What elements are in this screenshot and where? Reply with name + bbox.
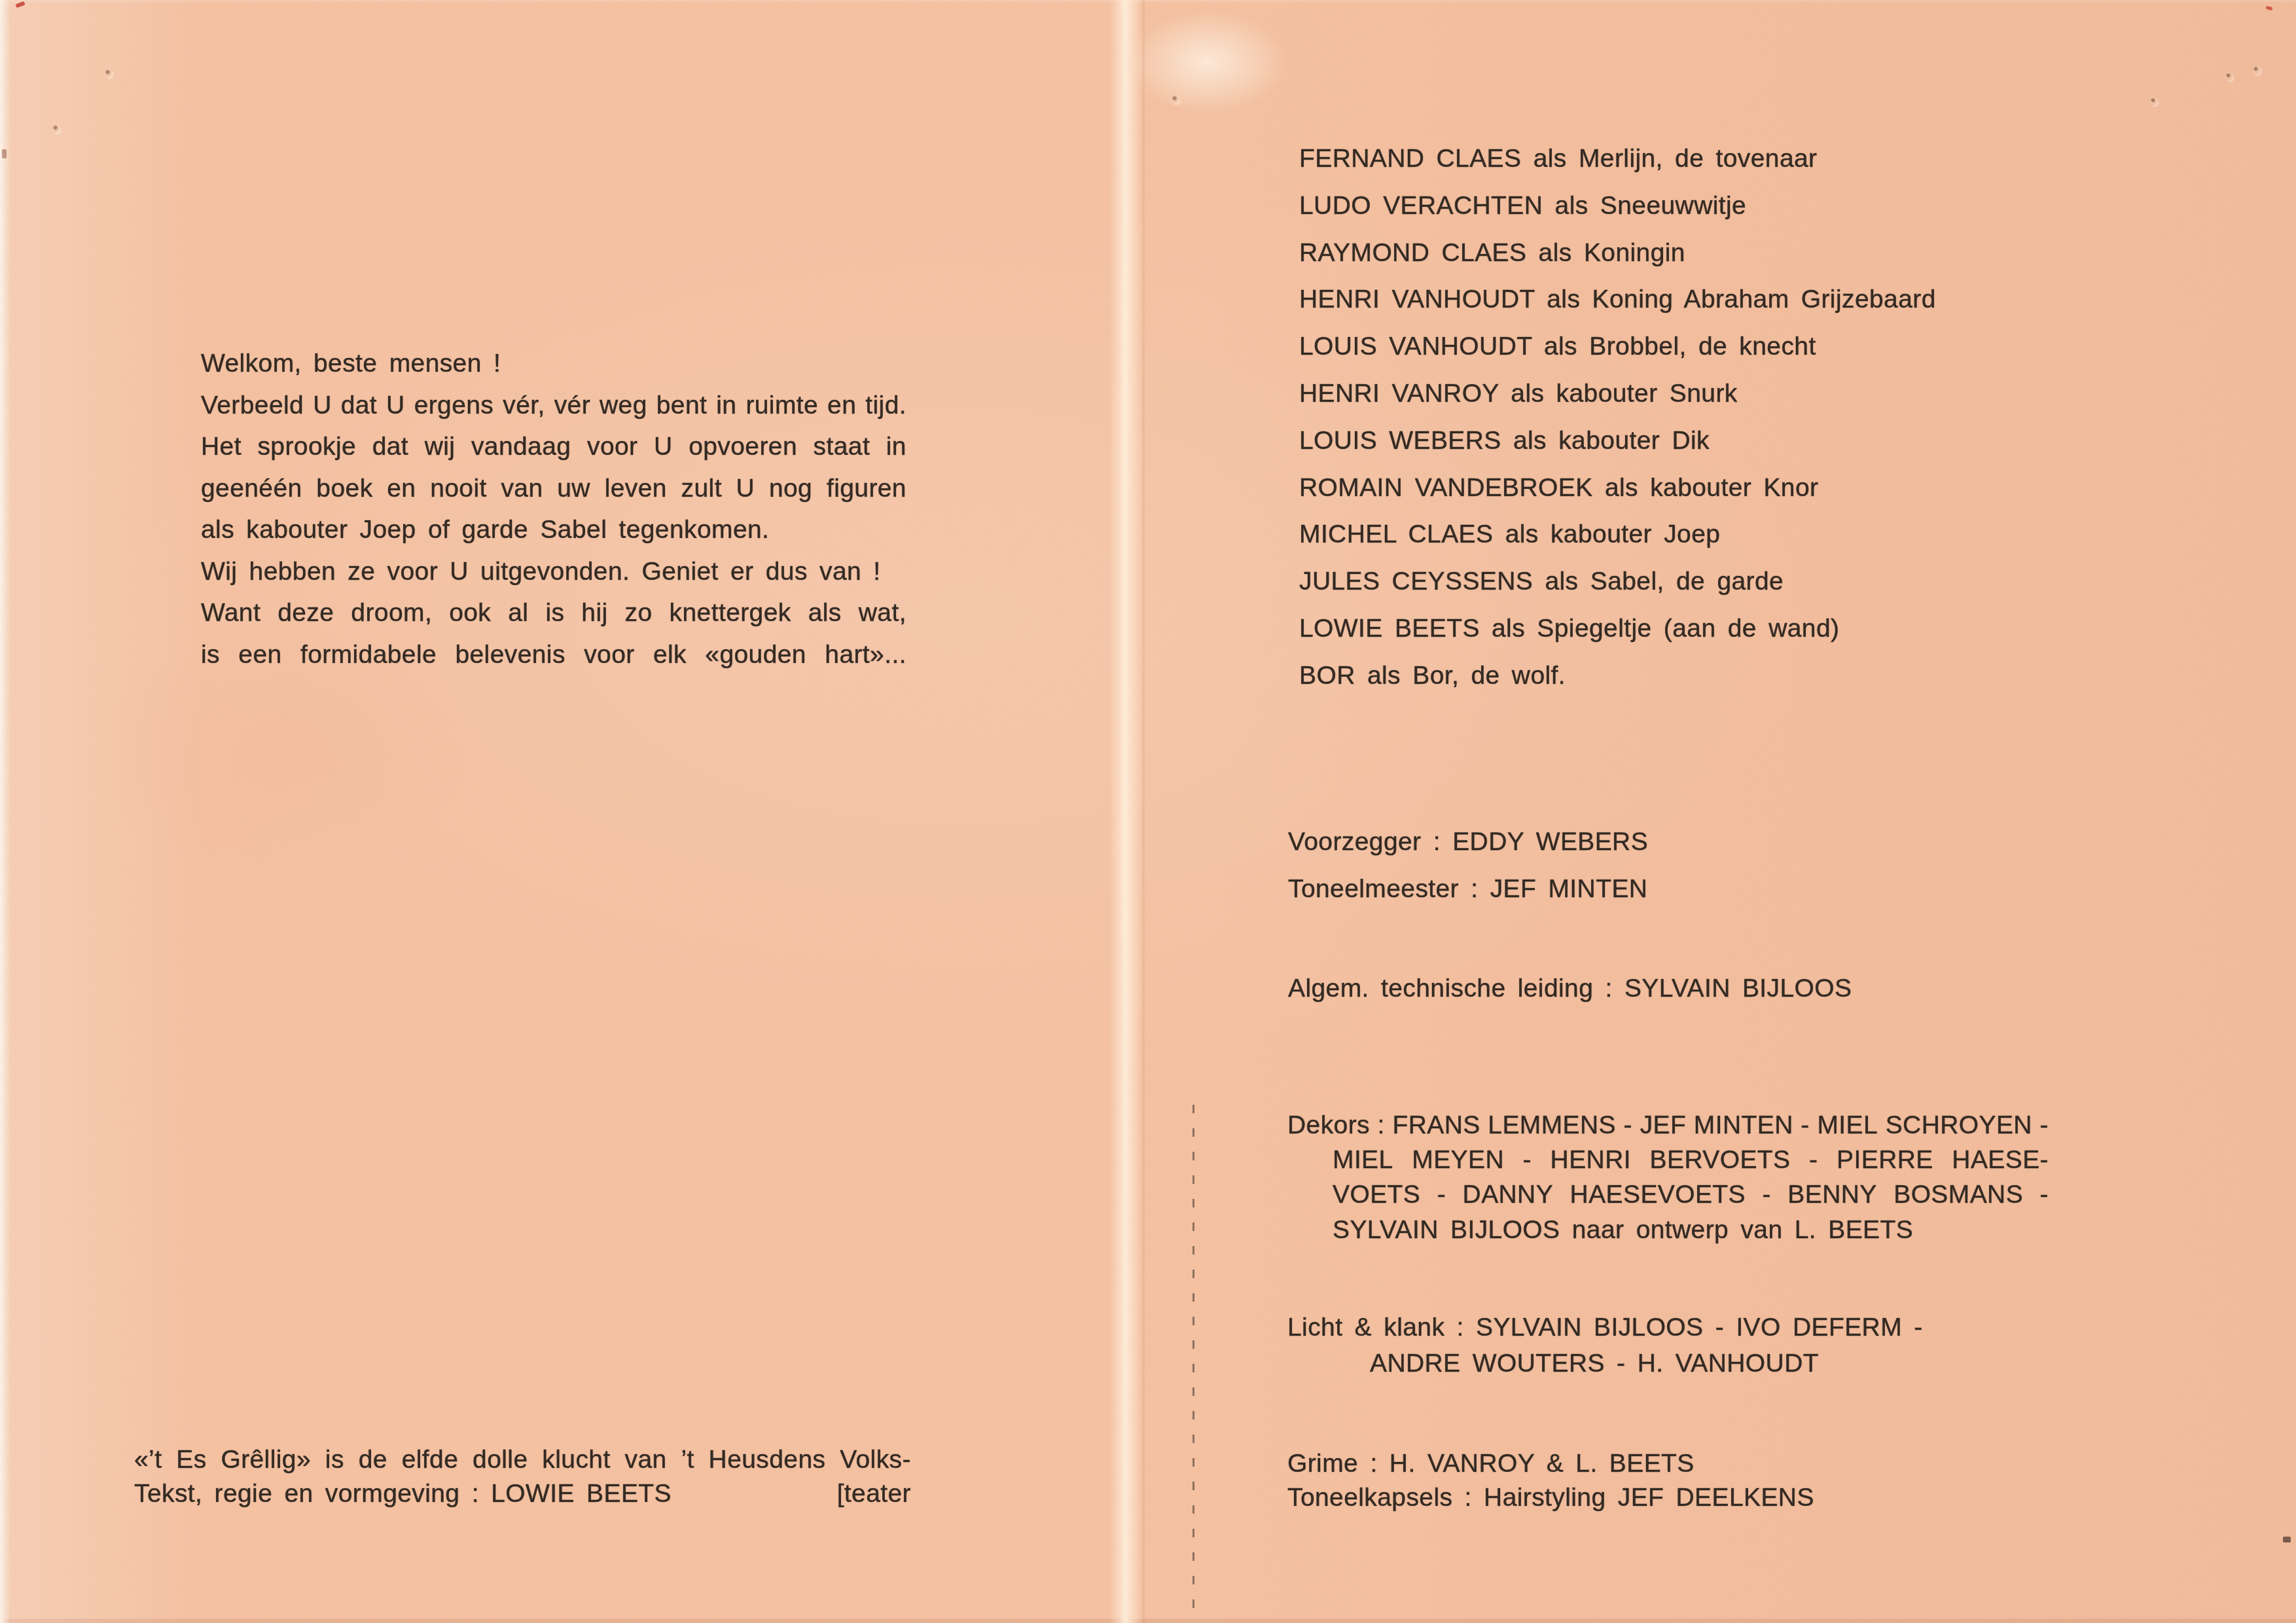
paper-grain-texture bbox=[0, 0, 2296, 1623]
center-fold-crease bbox=[1109, 0, 1143, 1623]
voorzegger-credit: Voorzegger : EDDY WEBERS bbox=[1288, 826, 1648, 859]
intro-line: Wij hebben ze voor U uitgevonden. Geniet… bbox=[201, 551, 906, 593]
cast-line: LOUIS WEBERS als kabouter Dik bbox=[1299, 418, 1936, 465]
welcome-paragraph: Welkom, beste mensen ! VerbeeldUdatUerge… bbox=[201, 343, 906, 675]
intro-line: VerbeeldUdatUergensvér,vérwegbentinruimt… bbox=[201, 385, 906, 427]
cast-line: MICHEL CLAES als kabouter Joep bbox=[1299, 511, 1936, 558]
edge-mark bbox=[2, 149, 7, 158]
intro-line: als kabouter Joep of garde Sabel tegenko… bbox=[201, 509, 906, 551]
technische-leiding-credit: Algem. technische leiding : SYLVAIN BIJL… bbox=[1288, 972, 1852, 1005]
cast-line: RAYMOND CLAES als Koningin bbox=[1299, 230, 1936, 277]
cast-line: JULES CEYSSENS als Sabel, de garde bbox=[1299, 558, 1936, 605]
intro-line: Wantdezedroom,ookalishijzoknettergekalsw… bbox=[201, 592, 906, 634]
toneelkapsels-credit: Toneelkapsels : Hairstyling JEF DEELKENS bbox=[1287, 1482, 1814, 1514]
intro-line: Welkom, beste mensen ! bbox=[201, 343, 906, 385]
cast-line: LOWIE BEETS als Spiegeltje (aan de wand) bbox=[1299, 605, 1936, 652]
footer-credits-text: Tekst, regie en vormgeving : LOWIE BEETS bbox=[134, 1477, 672, 1511]
dekors-line: SYLVAIN BIJLOOS naar ontwerp van L. BEET… bbox=[1333, 1214, 1913, 1247]
corner-mark bbox=[2283, 1537, 2291, 1543]
pinhole bbox=[52, 124, 60, 133]
intro-line: iseenformidabelebelevenisvoorelk«goudenh… bbox=[201, 634, 906, 676]
footer-credits: «’tEsGrêllig»isdeelfdedollekluchtvan’tHe… bbox=[134, 1443, 911, 1511]
intro-line: geenéénboekennooitvanuwlevenzultUnogfigu… bbox=[201, 468, 906, 510]
cast-line: HENRI VANROY als kabouter Snurk bbox=[1299, 370, 1936, 418]
cast-line: LOUIS VANHOUDT als Brobbel, de knecht bbox=[1299, 323, 1936, 370]
cast-line: FERNAND CLAES als Merlijn, de tovenaar bbox=[1299, 135, 1936, 183]
red-speck bbox=[2266, 6, 2273, 10]
licht-klank-line: ANDRE WOUTERS - H. VANHOUDT bbox=[1370, 1347, 1819, 1380]
cast-line: ROMAIN VANDEBROEK als kabouter Knor bbox=[1299, 465, 1936, 512]
dekors-line: MIELMEYEN-HENRIBERVOETS-PIERREHAESE- bbox=[1333, 1144, 2049, 1177]
cast-line: BOR als Bor, de wolf. bbox=[1299, 652, 1936, 700]
grime-credit: Grime : H. VANROY & L. BEETS bbox=[1287, 1448, 1695, 1480]
fold-shadow bbox=[1142, 0, 1145, 1623]
cast-line: HENRI VANHOUDT als Koning Abraham Grijze… bbox=[1299, 276, 1936, 323]
footer-teater-text: [teater bbox=[837, 1477, 911, 1511]
dekors-line: Dekors:FRANSLEMMENS-JEFMINTEN-MIELSCHROY… bbox=[1287, 1109, 2049, 1142]
licht-klank-line: Licht & klank : SYLVAIN BIJLOOS - IVO DE… bbox=[1287, 1311, 1923, 1344]
cast-list: FERNAND CLAES als Merlijn, de tovenaar L… bbox=[1299, 135, 1936, 700]
footer-line-1: «’tEsGrêllig»isdeelfdedollekluchtvan’tHe… bbox=[134, 1443, 911, 1477]
red-speck bbox=[15, 1, 25, 8]
intro-line: HetsprookjedatwijvandaagvoorUopvoerensta… bbox=[201, 426, 906, 468]
cast-line: LUDO VERACHTEN als Sneeuwwitje bbox=[1299, 183, 1936, 230]
pinhole bbox=[2225, 72, 2233, 80]
footer-line-2: Tekst, regie en vormgeving : LOWIE BEETS… bbox=[134, 1477, 911, 1511]
pinhole bbox=[105, 69, 112, 77]
bottom-crease-line bbox=[1193, 1105, 1194, 1623]
dekors-line: VOETS-DANNYHAESEVOETS-BENNYBOSMANS- bbox=[1333, 1179, 2049, 1211]
pinhole bbox=[2150, 97, 2157, 105]
programme-scan: Welkom, beste mensen ! VerbeeldUdatUerge… bbox=[0, 0, 2296, 1623]
pinhole bbox=[2253, 65, 2260, 74]
toneelmeester-credit: Toneelmeester : JEF MINTEN bbox=[1288, 873, 1647, 906]
pinhole bbox=[1172, 95, 1179, 103]
